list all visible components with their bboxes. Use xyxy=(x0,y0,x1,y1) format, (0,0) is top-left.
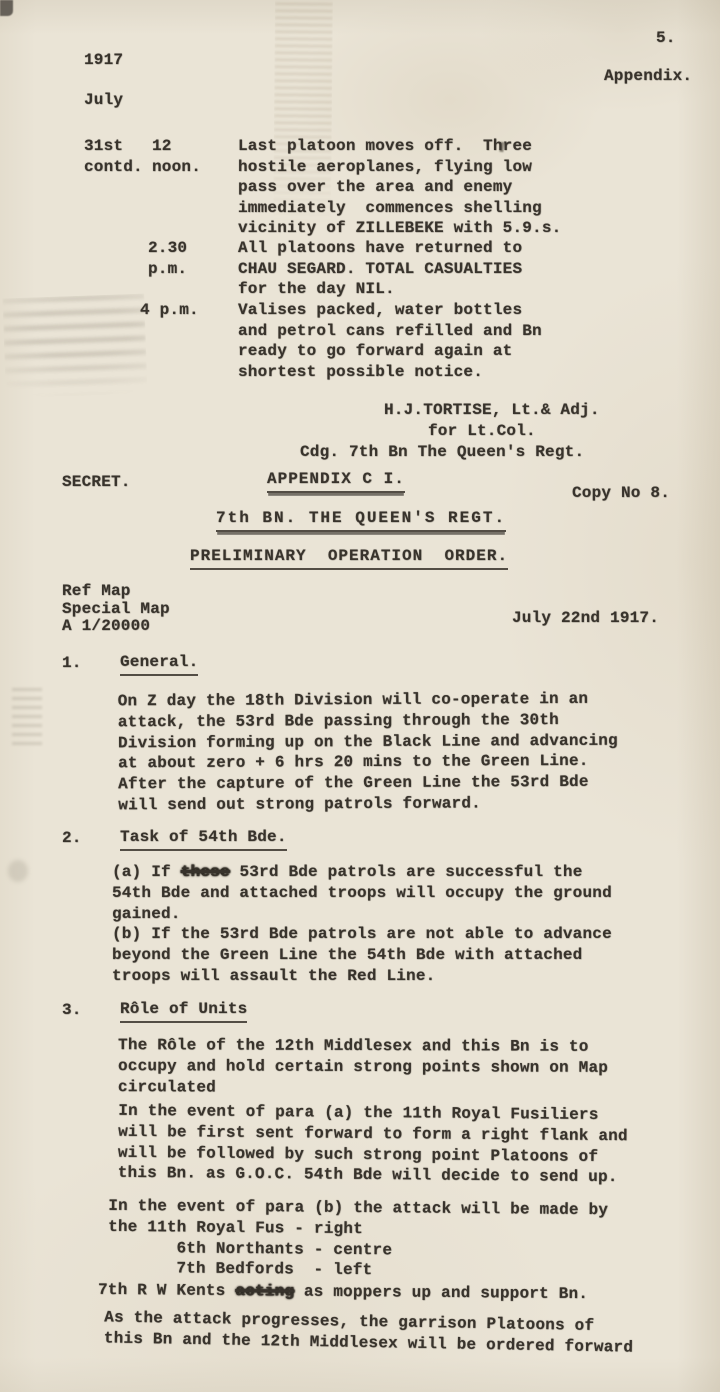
page-number: 5. xyxy=(656,28,676,49)
ink-smudge xyxy=(8,860,28,882)
section-number: 2. xyxy=(62,828,82,849)
classification-label: SECRET. xyxy=(62,472,131,493)
body-text: 7th R W Kents xyxy=(98,1281,235,1300)
section-number: 1. xyxy=(62,653,82,674)
order-date: July 22nd 1917. xyxy=(512,608,659,629)
diary-text: Last platoon moves off. Three hostile ae… xyxy=(238,136,561,239)
appendix-label: Appendix. xyxy=(604,66,692,87)
appendix-title: APPENDIX C I. xyxy=(267,469,405,493)
section-number: 3. xyxy=(62,1000,82,1021)
copy-number: Copy No 8. xyxy=(572,483,670,504)
month-label: July xyxy=(84,90,123,111)
order-title: PRELIMINARY OPERATION ORDER. xyxy=(190,546,508,570)
diary-time: 12 noon. xyxy=(152,136,201,177)
diary-text: Valises packed, water bottles and petrol… xyxy=(238,300,542,382)
section-paragraph: 7th R W Kents acting as moppers up and s… xyxy=(98,1280,588,1305)
body-text: as moppers up and support Bn. xyxy=(294,1283,588,1304)
diary-date: 31st contd. xyxy=(84,136,143,177)
section-paragraph: In the event of para (a) the 11th Royal … xyxy=(118,1101,628,1189)
section-body: On Z day the 18th Division will co-opera… xyxy=(118,689,619,816)
signature-name: H.J.TORTISE, Lt.& Adj. xyxy=(384,400,600,421)
map-reference: Ref Map Special Map A 1/20000 xyxy=(62,583,170,636)
body-text: 53rd Bde patrols are successful the 54th… xyxy=(112,863,612,985)
bleed-through-text xyxy=(2,294,147,399)
body-text: (a) If xyxy=(112,863,181,881)
section-heading: Rôle of Units xyxy=(120,999,247,1023)
corner-ink-mark xyxy=(0,0,13,16)
struck-word: acting xyxy=(235,1282,294,1301)
section-paragraph: In the event of para (b) the attack will… xyxy=(108,1196,609,1284)
year-label: 1917 xyxy=(84,50,123,71)
unit-title: 7th BN. THE QUEEN'S REGT. xyxy=(216,508,506,532)
diary-time: 4 p.m. xyxy=(140,300,199,321)
section-heading: General. xyxy=(120,652,198,676)
document-page: 5. 1917 Appendix. July 31st contd. 12 no… xyxy=(0,0,720,1392)
section-heading: Task of 54th Bde. xyxy=(120,827,287,851)
section-body: (a) If these 53rd Bde patrols are succes… xyxy=(112,862,612,987)
signature-for: for Lt.Col. xyxy=(428,421,536,442)
diary-text: All platoons have returned to CHAU SEGAR… xyxy=(238,238,522,300)
section-paragraph: The Rôle of the 12th Middlesex and this … xyxy=(118,1035,608,1099)
signature-commanding: Cdg. 7th Bn The Queen's Regt. xyxy=(300,442,584,463)
bleed-through-text xyxy=(12,688,42,746)
struck-word: these xyxy=(181,863,230,881)
diary-time: 2.30 p.m. xyxy=(148,238,187,279)
section-paragraph: As the attack progresses, the garrison P… xyxy=(104,1307,634,1358)
